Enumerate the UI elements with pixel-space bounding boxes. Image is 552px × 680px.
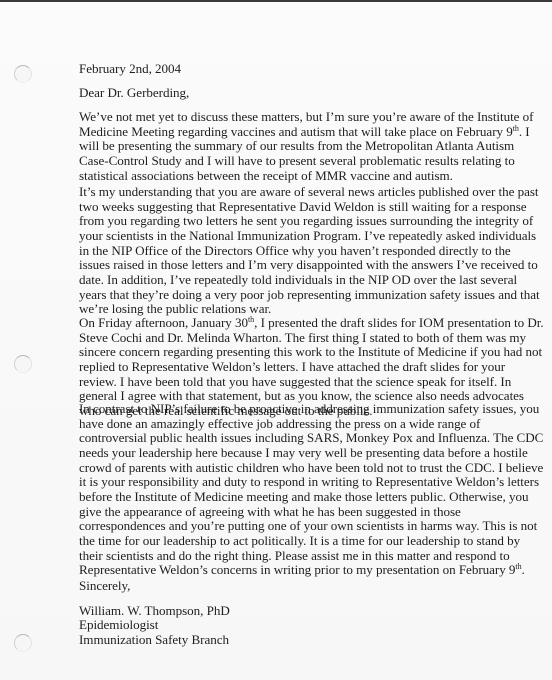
paragraph-line: the time for our leadership to act polit… [79, 533, 520, 548]
paragraph-line: date. In addition, I’ve repeatedly told … [79, 272, 517, 287]
ordinal-superscript: th [248, 315, 254, 324]
paragraph-line: in the NIP Office of the Directors Offic… [79, 243, 511, 258]
paragraph-line: it is your responsibility and duty to re… [79, 474, 539, 489]
paragraph-line: will be presenting the summary of our re… [79, 138, 514, 153]
paragraph-line: statistical associations between the rec… [79, 168, 453, 183]
ordinal-superscript: th [513, 124, 519, 133]
paragraph-line: have done an amazingly effective job add… [79, 416, 480, 431]
paragraph-line: On Friday afternoon, January 30th, I pre… [79, 315, 544, 330]
paragraph-line: In contrast to NIP’s failure to be proac… [79, 401, 539, 416]
paragraph-line: before the Institute of Medicine meeting… [79, 489, 528, 504]
paragraph-line: needs your leadership here because I may… [79, 445, 528, 460]
paragraph-line: issues raised in those letters and I’m v… [79, 257, 538, 272]
paragraph-line: Steve Cochi and Dr. Melinda Wharton. The… [79, 330, 526, 345]
hole-punch-mark [14, 65, 32, 83]
paragraph-line: years that they’re doing a very poor job… [79, 287, 540, 302]
paragraph-line: Case-Control Study and I will have to pr… [79, 153, 515, 168]
signature-name: William. W. Thompson, PhD [79, 603, 230, 618]
paragraph-line: we’re losing the public relations war. [79, 301, 271, 316]
letter-closing: Sincerely, [79, 578, 130, 593]
paragraph-line: their scientists and do the right thing.… [79, 548, 510, 563]
paragraph-line: review. I have been told that you have s… [79, 374, 511, 389]
letter-salutation: Dear Dr. Gerberding, [79, 85, 189, 100]
letter-date: February 2nd, 2004 [79, 61, 181, 76]
hole-punch-mark [14, 634, 32, 652]
hole-punch-mark [14, 355, 32, 373]
signature-branch: Immunization Safety Branch [79, 632, 229, 647]
paragraph-line: your scientists in the National Immuniza… [79, 228, 536, 243]
ordinal-superscript: th [515, 562, 521, 571]
paragraph-line: replied to Representative Weldon’s lette… [79, 359, 505, 374]
paragraph-line: give the appearance of agreeing with wha… [79, 504, 461, 519]
paragraph-line: sincere concern regarding presenting thi… [79, 344, 542, 359]
paragraph-line: crowd of parents with autistic children … [79, 460, 543, 475]
paragraph-line: We’ve not met yet to discuss these matte… [79, 109, 533, 124]
paragraph-line: Representative Weldon’s concerns in writ… [79, 562, 525, 577]
paragraph-line: two weeks suggesting that Representative… [79, 199, 527, 214]
paragraph-line: controversial public health issues inclu… [79, 430, 543, 445]
paragraph-line: correspondences and you’re putting one o… [79, 518, 537, 533]
paragraph-line: from you regarding two letters he sent y… [79, 213, 533, 228]
paragraph-line: Medicine Meeting regarding vaccines and … [79, 124, 530, 139]
signature-title: Epidemiologist [79, 617, 158, 632]
paragraph-line: It’s my understanding that you are aware… [79, 184, 539, 199]
